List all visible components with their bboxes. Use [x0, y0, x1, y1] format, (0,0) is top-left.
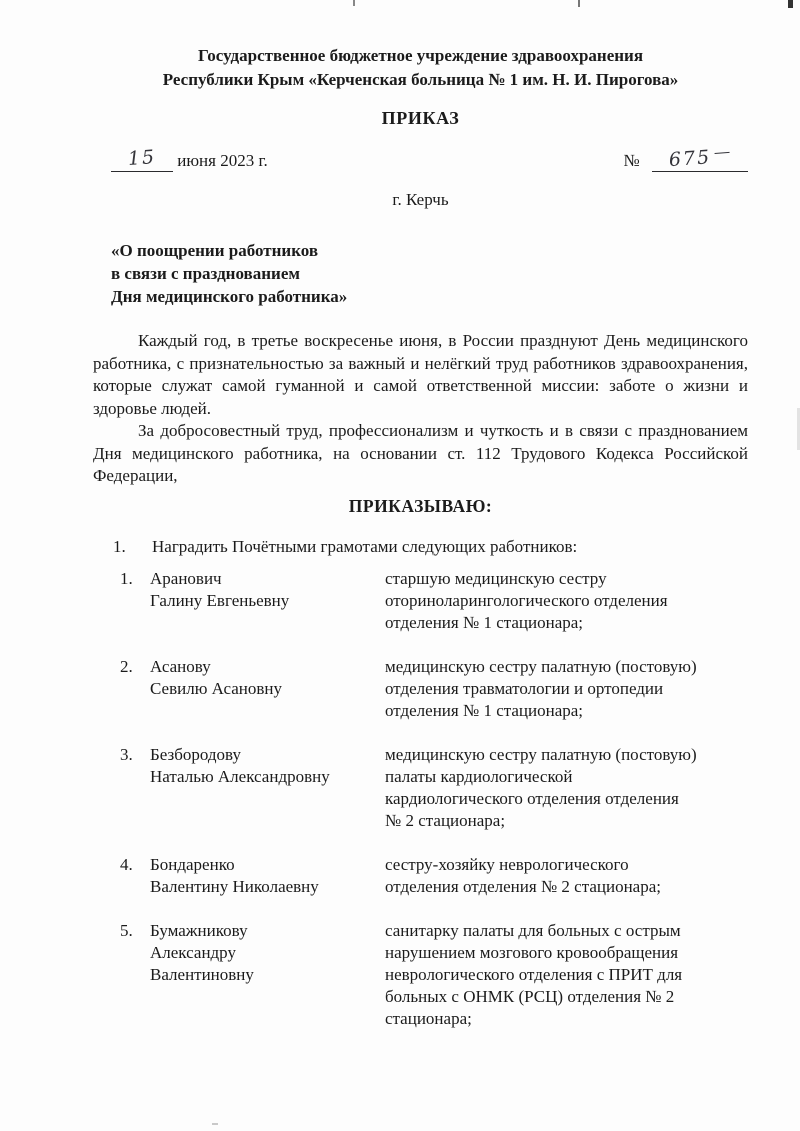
award-name-line: Асанову	[150, 656, 385, 678]
doc-type-title: ПРИКАЗ	[93, 108, 748, 129]
award-name: Бондаренко Валентину Николаевну	[150, 854, 385, 898]
award-name: Аранович Галину Евгеньевну	[150, 568, 385, 634]
award-number: 1.	[120, 568, 150, 634]
date-handwritten-day: 15	[127, 146, 157, 170]
order-point-1: 1. Наградить Почётными грамотами следующ…	[93, 537, 748, 557]
award-row: 3. Безбородову Наталью Александровну мед…	[93, 744, 748, 832]
document-content: Государственное бюджетное учреждение здр…	[0, 0, 800, 1030]
award-position-line: больных с ОНМК (РСЦ) отделения № 2	[385, 986, 748, 1008]
point-number: 1.	[113, 537, 152, 557]
scan-artifact-tick	[353, 0, 355, 6]
paragraph-1: Каждый год, в третье воскресенье июня, в…	[93, 330, 748, 420]
award-name-line: Севилю Асановну	[150, 678, 385, 700]
award-name-line: Александру	[150, 942, 385, 964]
award-position-line: медицинскую сестру палатную (постовую)	[385, 744, 748, 766]
award-position-line: неврологического отделения с ПРИТ для	[385, 964, 748, 986]
award-name-line: Галину Евгеньевну	[150, 590, 385, 612]
award-position-line: сестру-хозяйку неврологического	[385, 854, 748, 876]
award-position: сестру-хозяйку неврологического отделени…	[385, 854, 748, 898]
award-name-line: Бумажникову	[150, 920, 385, 942]
award-name-line: Бондаренко	[150, 854, 385, 876]
award-number: 4.	[120, 854, 150, 898]
award-position-line: палаты кардиологической	[385, 766, 748, 788]
award-row: 4. Бондаренко Валентину Николаевну сестр…	[93, 854, 748, 898]
document-page: Государственное бюджетное учреждение здр…	[0, 0, 800, 1131]
order-number-line: № 675	[624, 149, 748, 172]
award-name-line: Наталью Александровну	[150, 766, 385, 788]
award-number: 5.	[120, 920, 150, 1030]
scan-artifact-tick	[578, 0, 580, 7]
award-name: Бумажникову Александру Валентиновну	[150, 920, 385, 1030]
date-number-row: 15 июня 2023 г. № 675	[93, 149, 748, 172]
award-name-line: Безбородову	[150, 744, 385, 766]
award-position: старшую медицинскую сестру оториноларинг…	[385, 568, 748, 634]
date-text: июня 2023 г.	[177, 151, 268, 170]
subject-line-1: «О поощрении работников	[111, 239, 748, 262]
preamble: Каждый год, в третье воскресенье июня, в…	[93, 330, 748, 488]
scan-artifact-tick	[788, 0, 793, 8]
award-row: 2. Асанову Севилю Асановну медицинскую с…	[93, 656, 748, 722]
date-blank-line: 15	[111, 149, 173, 172]
award-position-line: медицинскую сестру палатную (постовую)	[385, 656, 748, 678]
subject-line-3: Дня медицинского работника»	[111, 285, 748, 308]
award-position-line: кардиологического отделения отделения	[385, 788, 748, 810]
number-blank-line: 675	[652, 149, 748, 172]
date-line: 15 июня 2023 г.	[111, 149, 268, 172]
order-subject: «О поощрении работников в связи с праздн…	[93, 239, 748, 308]
award-position: медицинскую сестру палатную (постовую) о…	[385, 656, 748, 722]
award-position: санитарку палаты для больных с острым на…	[385, 920, 748, 1030]
subject-line-2: в связи с празднованием	[111, 262, 748, 285]
award-position-line: отделения № 1 стационара;	[385, 700, 748, 722]
award-number: 3.	[120, 744, 150, 832]
award-position-line: санитарку палаты для больных с острым	[385, 920, 748, 942]
award-position-line: отделения травматологии и ортопедии	[385, 678, 748, 700]
award-position-line: оториноларингологического отделения	[385, 590, 748, 612]
number-sign-label: №	[624, 151, 640, 170]
resolution-heading: ПРИКАЗЫВАЮ:	[93, 496, 748, 517]
award-position-line: отделения № 1 стационара;	[385, 612, 748, 634]
place-line: г. Керчь	[93, 190, 748, 210]
award-name-line: Аранович	[150, 568, 385, 590]
number-handwritten-value: 675	[669, 145, 732, 171]
organization-name-line-2: Республики Крым «Керченская больница № 1…	[93, 68, 748, 92]
award-name-line: Валентину Николаевну	[150, 876, 385, 898]
award-name: Асанову Севилю Асановну	[150, 656, 385, 722]
organization-name-line-1: Государственное бюджетное учреждение здр…	[93, 44, 748, 68]
award-row: 1. Аранович Галину Евгеньевну старшую ме…	[93, 568, 748, 634]
award-name-line: Валентиновну	[150, 964, 385, 986]
award-position-line: № 2 стационара;	[385, 810, 748, 832]
award-position-line: старшую медицинскую сестру	[385, 568, 748, 590]
award-row: 5. Бумажникову Александру Валентиновну с…	[93, 920, 748, 1030]
award-position-line: отделения отделения № 2 стационара;	[385, 876, 748, 898]
award-number: 2.	[120, 656, 150, 722]
award-name: Безбородову Наталью Александровну	[150, 744, 385, 832]
award-position-line: стационара;	[385, 1008, 748, 1030]
award-position-line: нарушением мозгового кровообращения	[385, 942, 748, 964]
point-text: Наградить Почётными грамотами следующих …	[152, 537, 577, 557]
award-position: медицинскую сестру палатную (постовую) п…	[385, 744, 748, 832]
paragraph-2: За добросовестный труд, профессионализм …	[93, 420, 748, 488]
organization-name: Государственное бюджетное учреждение здр…	[93, 44, 748, 92]
scan-artifact-smudge	[212, 1123, 218, 1125]
